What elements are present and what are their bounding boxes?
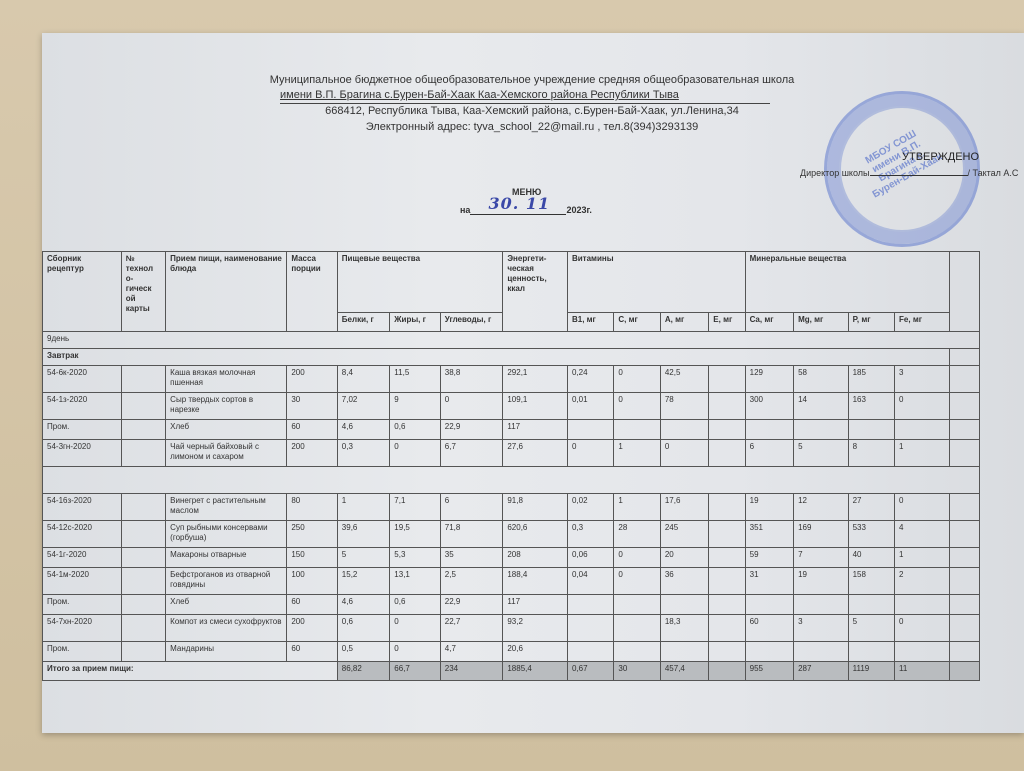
cell-fat: 0 bbox=[390, 642, 440, 662]
cell-c bbox=[614, 420, 660, 440]
lunch-rows: 54-16з-2020Винегрет с растительным масло… bbox=[43, 494, 980, 662]
menu-date: на30. 112023г. bbox=[460, 204, 592, 215]
cell-e bbox=[709, 548, 745, 568]
cell-c: 0 bbox=[614, 393, 660, 420]
col-minerals: Минеральные вещества bbox=[745, 252, 949, 313]
cell-kcal: 20,6 bbox=[503, 642, 568, 662]
cell-b1: 0,02 bbox=[567, 494, 613, 521]
cell-ca: 351 bbox=[745, 521, 793, 548]
table-row: 54-16з-2020Винегрет с растительным масло… bbox=[43, 494, 980, 521]
cell-ca: 6 bbox=[745, 440, 793, 467]
subheader-cell: Жиры, г bbox=[390, 313, 440, 332]
cell-a: 18,3 bbox=[660, 615, 708, 642]
total-c: 30 bbox=[614, 662, 660, 681]
cell-mg: 7 bbox=[794, 548, 849, 568]
table-header-row: Сборник рецептур № технол о- гическ ой к… bbox=[43, 252, 980, 313]
subheader-cell: Mg, мг bbox=[794, 313, 849, 332]
cell-c: 1 bbox=[614, 440, 660, 467]
table-row: 54-1г-2020Макароны отварные15055,3352080… bbox=[43, 548, 980, 568]
lunch-separator-row bbox=[43, 467, 980, 494]
cell-code: 54-12с-2020 bbox=[43, 521, 122, 548]
school-name-line2: имени В.П. Брагина с.Бурен-Бай-Хаак Каа-… bbox=[280, 89, 770, 101]
cell-name: Хлеб bbox=[166, 595, 287, 615]
col-tech-card: № технол о- гическ ой карты bbox=[121, 252, 165, 332]
cell-tech bbox=[121, 548, 165, 568]
cell-b1 bbox=[567, 615, 613, 642]
cell-p bbox=[848, 420, 894, 440]
cell-code: 54-7хн-2020 bbox=[43, 615, 122, 642]
cell-fat: 0,6 bbox=[390, 420, 440, 440]
cell-tech bbox=[121, 420, 165, 440]
cell-c: 0 bbox=[614, 568, 660, 595]
cell-tech bbox=[121, 440, 165, 467]
cell-e bbox=[709, 595, 745, 615]
cell-fat: 0 bbox=[390, 440, 440, 467]
cell-mass: 100 bbox=[287, 568, 337, 595]
cell-carbs: 0 bbox=[440, 393, 503, 420]
cell-kcal: 109,1 bbox=[503, 393, 568, 420]
cell-ca: 300 bbox=[745, 393, 793, 420]
director-name: / Тактал А.С bbox=[968, 168, 1019, 178]
cell-name: Суп рыбными консервами (горбуша) bbox=[166, 521, 287, 548]
handwritten-date: 30. 11 bbox=[488, 194, 550, 213]
cell-p: 5 bbox=[848, 615, 894, 642]
school-name-line1: Муниципальное бюджетное общеобразователь… bbox=[232, 74, 832, 86]
cell-mass: 60 bbox=[287, 595, 337, 615]
cell-mg: 5 bbox=[794, 440, 849, 467]
cell-e bbox=[709, 494, 745, 521]
col-energy: Энергети- ческая ценность, ккал bbox=[503, 252, 568, 332]
cell-c bbox=[614, 615, 660, 642]
table-row: Пром.Хлеб604,60,622,9117 bbox=[43, 595, 980, 615]
cell-fe: 3 bbox=[895, 366, 950, 393]
cell-b1: 0,24 bbox=[567, 366, 613, 393]
cell-tech bbox=[121, 366, 165, 393]
cell-mass: 250 bbox=[287, 521, 337, 548]
cell-ca: 31 bbox=[745, 568, 793, 595]
cell-code: Пром. bbox=[43, 420, 122, 440]
table-row: 54-1м-2020Бефстроганов из отварной говяд… bbox=[43, 568, 980, 595]
menu-document-page: Муниципальное бюджетное общеобразователь… bbox=[42, 33, 1024, 733]
cell-carbs: 4,7 bbox=[440, 642, 503, 662]
cell-mg bbox=[794, 420, 849, 440]
cell-kcal: 188,4 bbox=[503, 568, 568, 595]
breakfast-row: Завтрак bbox=[43, 349, 980, 366]
cell-mass: 60 bbox=[287, 642, 337, 662]
cell-code: Пром. bbox=[43, 595, 122, 615]
total-e bbox=[709, 662, 745, 681]
total-fe: 11 bbox=[895, 662, 950, 681]
total-a: 457,4 bbox=[660, 662, 708, 681]
school-address: 668412, Республика Тыва, Каа-Хемский рай… bbox=[232, 105, 832, 117]
cell-b1: 0,04 bbox=[567, 568, 613, 595]
cell-mass: 200 bbox=[287, 366, 337, 393]
cell-e bbox=[709, 642, 745, 662]
cell-b1: 0,01 bbox=[567, 393, 613, 420]
cell-code: 54-6к-2020 bbox=[43, 366, 122, 393]
cell-ca bbox=[745, 595, 793, 615]
cell-p: 8 bbox=[848, 440, 894, 467]
cell-a: 245 bbox=[660, 521, 708, 548]
cell-fe: 0 bbox=[895, 393, 950, 420]
total-fat: 66,7 bbox=[390, 662, 440, 681]
table-row: 54-3гн-2020Чай черный байховый с лимоном… bbox=[43, 440, 980, 467]
cell-kcal: 117 bbox=[503, 420, 568, 440]
total-p: 1119 bbox=[848, 662, 894, 681]
subheader-cell: C, мг bbox=[614, 313, 660, 332]
cell-ca bbox=[745, 642, 793, 662]
cell-code: 54-1з-2020 bbox=[43, 393, 122, 420]
cell-a: 78 bbox=[660, 393, 708, 420]
cell-fe: 1 bbox=[895, 548, 950, 568]
cell-tech bbox=[121, 393, 165, 420]
cell-b1: 0,06 bbox=[567, 548, 613, 568]
subheader-cell: Fe, мг bbox=[895, 313, 950, 332]
cell-b1 bbox=[567, 642, 613, 662]
cell-c: 1 bbox=[614, 494, 660, 521]
total-kcal: 1885,4 bbox=[503, 662, 568, 681]
table-row: 54-6к-2020Каша вязкая молочная пшенная20… bbox=[43, 366, 980, 393]
cell-carbs: 35 bbox=[440, 548, 503, 568]
cell-protein: 4,6 bbox=[337, 420, 390, 440]
cell-tech bbox=[121, 521, 165, 548]
cell-mass: 30 bbox=[287, 393, 337, 420]
cell-protein: 7,02 bbox=[337, 393, 390, 420]
cell-c: 28 bbox=[614, 521, 660, 548]
cell-kcal: 292,1 bbox=[503, 366, 568, 393]
cell-carbs: 6,7 bbox=[440, 440, 503, 467]
breakfast-label: Завтрак bbox=[43, 349, 950, 366]
cell-fe: 2 bbox=[895, 568, 950, 595]
cell-carbs: 71,8 bbox=[440, 521, 503, 548]
cell-p: 158 bbox=[848, 568, 894, 595]
cell-b1: 0 bbox=[567, 440, 613, 467]
total-carbs: 234 bbox=[440, 662, 503, 681]
cell-tech bbox=[121, 568, 165, 595]
table-row: 54-1з-2020Сыр твердых сортов в нарезке30… bbox=[43, 393, 980, 420]
table-row: 54-7хн-2020Компот из смеси сухофруктов20… bbox=[43, 615, 980, 642]
cell-protein: 0,5 bbox=[337, 642, 390, 662]
cell-b1 bbox=[567, 420, 613, 440]
cell-mass: 200 bbox=[287, 615, 337, 642]
cell-kcal: 208 bbox=[503, 548, 568, 568]
cell-name: Каша вязкая молочная пшенная bbox=[166, 366, 287, 393]
cell-mg bbox=[794, 642, 849, 662]
cell-ca: 129 bbox=[745, 366, 793, 393]
header-underline bbox=[280, 103, 770, 104]
director-signature-line: Директор школы/ Тактал А.С bbox=[800, 167, 1018, 178]
cell-e bbox=[709, 440, 745, 467]
cell-mg: 19 bbox=[794, 568, 849, 595]
subheader-cell: Ca, мг bbox=[745, 313, 793, 332]
cell-tech bbox=[121, 494, 165, 521]
cell-carbs: 38,8 bbox=[440, 366, 503, 393]
cell-e bbox=[709, 393, 745, 420]
cell-tech bbox=[121, 615, 165, 642]
cell-p: 185 bbox=[848, 366, 894, 393]
day-label: 9день bbox=[43, 332, 980, 349]
total-protein: 86,82 bbox=[337, 662, 390, 681]
approved-label: УТВЕРЖДЕНО bbox=[902, 151, 979, 163]
cell-protein: 0,3 bbox=[337, 440, 390, 467]
school-contacts: Электронный адрес: tyva_school_22@mail.r… bbox=[232, 121, 832, 133]
cell-fe bbox=[895, 420, 950, 440]
signature-field bbox=[870, 167, 968, 176]
cell-e bbox=[709, 366, 745, 393]
cell-code: 54-16з-2020 bbox=[43, 494, 122, 521]
cell-protein: 0,6 bbox=[337, 615, 390, 642]
cell-kcal: 91,8 bbox=[503, 494, 568, 521]
cell-b1: 0,3 bbox=[567, 521, 613, 548]
subheader-cell: Углеводы, г bbox=[440, 313, 503, 332]
cell-mass: 200 bbox=[287, 440, 337, 467]
cell-a bbox=[660, 642, 708, 662]
cell-a: 20 bbox=[660, 548, 708, 568]
cell-a bbox=[660, 595, 708, 615]
cell-kcal: 620,6 bbox=[503, 521, 568, 548]
col-extra bbox=[949, 252, 979, 332]
cell-code: 54-1г-2020 bbox=[43, 548, 122, 568]
total-label: Итого за прием пищи: bbox=[43, 662, 338, 681]
cell-ca: 59 bbox=[745, 548, 793, 568]
cell-carbs: 2,5 bbox=[440, 568, 503, 595]
cell-p bbox=[848, 642, 894, 662]
cell-p: 40 bbox=[848, 548, 894, 568]
cell-code: 54-1м-2020 bbox=[43, 568, 122, 595]
cell-fat: 19,5 bbox=[390, 521, 440, 548]
cell-c bbox=[614, 642, 660, 662]
table-row: Пром.Мандарины600,504,720,6 bbox=[43, 642, 980, 662]
total-mg: 287 bbox=[794, 662, 849, 681]
cell-carbs: 22,7 bbox=[440, 615, 503, 642]
total-b1: 0,67 bbox=[567, 662, 613, 681]
cell-name: Хлеб bbox=[166, 420, 287, 440]
menu-table: Сборник рецептур № технол о- гическ ой к… bbox=[42, 251, 980, 681]
cell-ca: 60 bbox=[745, 615, 793, 642]
cell-protein: 1 bbox=[337, 494, 390, 521]
cell-fe bbox=[895, 595, 950, 615]
cell-mg: 58 bbox=[794, 366, 849, 393]
cell-fe: 0 bbox=[895, 494, 950, 521]
cell-fe: 0 bbox=[895, 615, 950, 642]
cell-e bbox=[709, 615, 745, 642]
cell-carbs: 22,9 bbox=[440, 420, 503, 440]
cell-c: 0 bbox=[614, 548, 660, 568]
total-ca: 955 bbox=[745, 662, 793, 681]
cell-p bbox=[848, 595, 894, 615]
menu-year: 2023г. bbox=[566, 205, 591, 215]
cell-name: Макароны отварные bbox=[166, 548, 287, 568]
date-field: 30. 11 bbox=[470, 204, 566, 215]
cell-a: 0 bbox=[660, 440, 708, 467]
cell-carbs: 22,9 bbox=[440, 595, 503, 615]
cell-code: Пром. bbox=[43, 642, 122, 662]
cell-code: 54-3гн-2020 bbox=[43, 440, 122, 467]
cell-mg: 3 bbox=[794, 615, 849, 642]
cell-e bbox=[709, 420, 745, 440]
cell-fe: 4 bbox=[895, 521, 950, 548]
menu-date-prefix: на bbox=[460, 205, 470, 215]
cell-kcal: 27,6 bbox=[503, 440, 568, 467]
cell-mg: 12 bbox=[794, 494, 849, 521]
cell-protein: 39,6 bbox=[337, 521, 390, 548]
col-vitamins: Витамины bbox=[567, 252, 745, 313]
cell-e bbox=[709, 521, 745, 548]
subheader-cell: A, мг bbox=[660, 313, 708, 332]
cell-b1 bbox=[567, 595, 613, 615]
cell-name: Чай черный байховый с лимоном и сахаром bbox=[166, 440, 287, 467]
cell-fe bbox=[895, 642, 950, 662]
cell-mg: 169 bbox=[794, 521, 849, 548]
cell-mg: 14 bbox=[794, 393, 849, 420]
cell-a: 42,5 bbox=[660, 366, 708, 393]
subheader-cell: B1, мг bbox=[567, 313, 613, 332]
cell-carbs: 6 bbox=[440, 494, 503, 521]
cell-protein: 15,2 bbox=[337, 568, 390, 595]
table-row: 54-12с-2020Суп рыбными консервами (горбу… bbox=[43, 521, 980, 548]
cell-a: 17,6 bbox=[660, 494, 708, 521]
cell-protein: 8,4 bbox=[337, 366, 390, 393]
cell-protein: 4,6 bbox=[337, 595, 390, 615]
director-label: Директор школы bbox=[800, 168, 870, 178]
cell-name: Сыр твердых сортов в нарезке bbox=[166, 393, 287, 420]
cell-fat: 9 bbox=[390, 393, 440, 420]
table-row: Пром.Хлеб604,60,622,9117 bbox=[43, 420, 980, 440]
cell-p: 163 bbox=[848, 393, 894, 420]
breakfast-rows: 54-6к-2020Каша вязкая молочная пшенная20… bbox=[43, 366, 980, 467]
cell-name: Мандарины bbox=[166, 642, 287, 662]
day-row: 9день bbox=[43, 332, 980, 349]
cell-ca: 19 bbox=[745, 494, 793, 521]
cell-c bbox=[614, 595, 660, 615]
cell-name: Винегрет с растительным маслом bbox=[166, 494, 287, 521]
cell-protein: 5 bbox=[337, 548, 390, 568]
cell-kcal: 117 bbox=[503, 595, 568, 615]
cell-p: 533 bbox=[848, 521, 894, 548]
cell-a bbox=[660, 420, 708, 440]
cell-mass: 150 bbox=[287, 548, 337, 568]
cell-fat: 0 bbox=[390, 615, 440, 642]
subheader-cell: Белки, г bbox=[337, 313, 390, 332]
cell-fe: 1 bbox=[895, 440, 950, 467]
cell-mass: 60 bbox=[287, 420, 337, 440]
cell-ca bbox=[745, 420, 793, 440]
col-nutrients: Пищевые вещества bbox=[337, 252, 503, 313]
cell-name: Бефстроганов из отварной говядины bbox=[166, 568, 287, 595]
cell-fat: 7,1 bbox=[390, 494, 440, 521]
cell-tech bbox=[121, 595, 165, 615]
col-collection: Сборник рецептур bbox=[43, 252, 122, 332]
cell-mg bbox=[794, 595, 849, 615]
cell-fat: 0,6 bbox=[390, 595, 440, 615]
cell-c: 0 bbox=[614, 366, 660, 393]
cell-tech bbox=[121, 642, 165, 662]
col-mass: Масса порции bbox=[287, 252, 337, 332]
total-row: Итого за прием пищи: 86,82 66,7 234 1885… bbox=[43, 662, 980, 681]
subheader-cell: E, мг bbox=[709, 313, 745, 332]
cell-kcal: 93,2 bbox=[503, 615, 568, 642]
cell-p: 27 bbox=[848, 494, 894, 521]
cell-name: Компот из смеси сухофруктов bbox=[166, 615, 287, 642]
cell-fat: 13,1 bbox=[390, 568, 440, 595]
cell-fat: 5,3 bbox=[390, 548, 440, 568]
cell-e bbox=[709, 568, 745, 595]
subheader-cell: P, мг bbox=[848, 313, 894, 332]
cell-mass: 80 bbox=[287, 494, 337, 521]
cell-a: 36 bbox=[660, 568, 708, 595]
cell-fat: 11,5 bbox=[390, 366, 440, 393]
col-meal: Прием пищи, наименование блюда bbox=[166, 252, 287, 332]
